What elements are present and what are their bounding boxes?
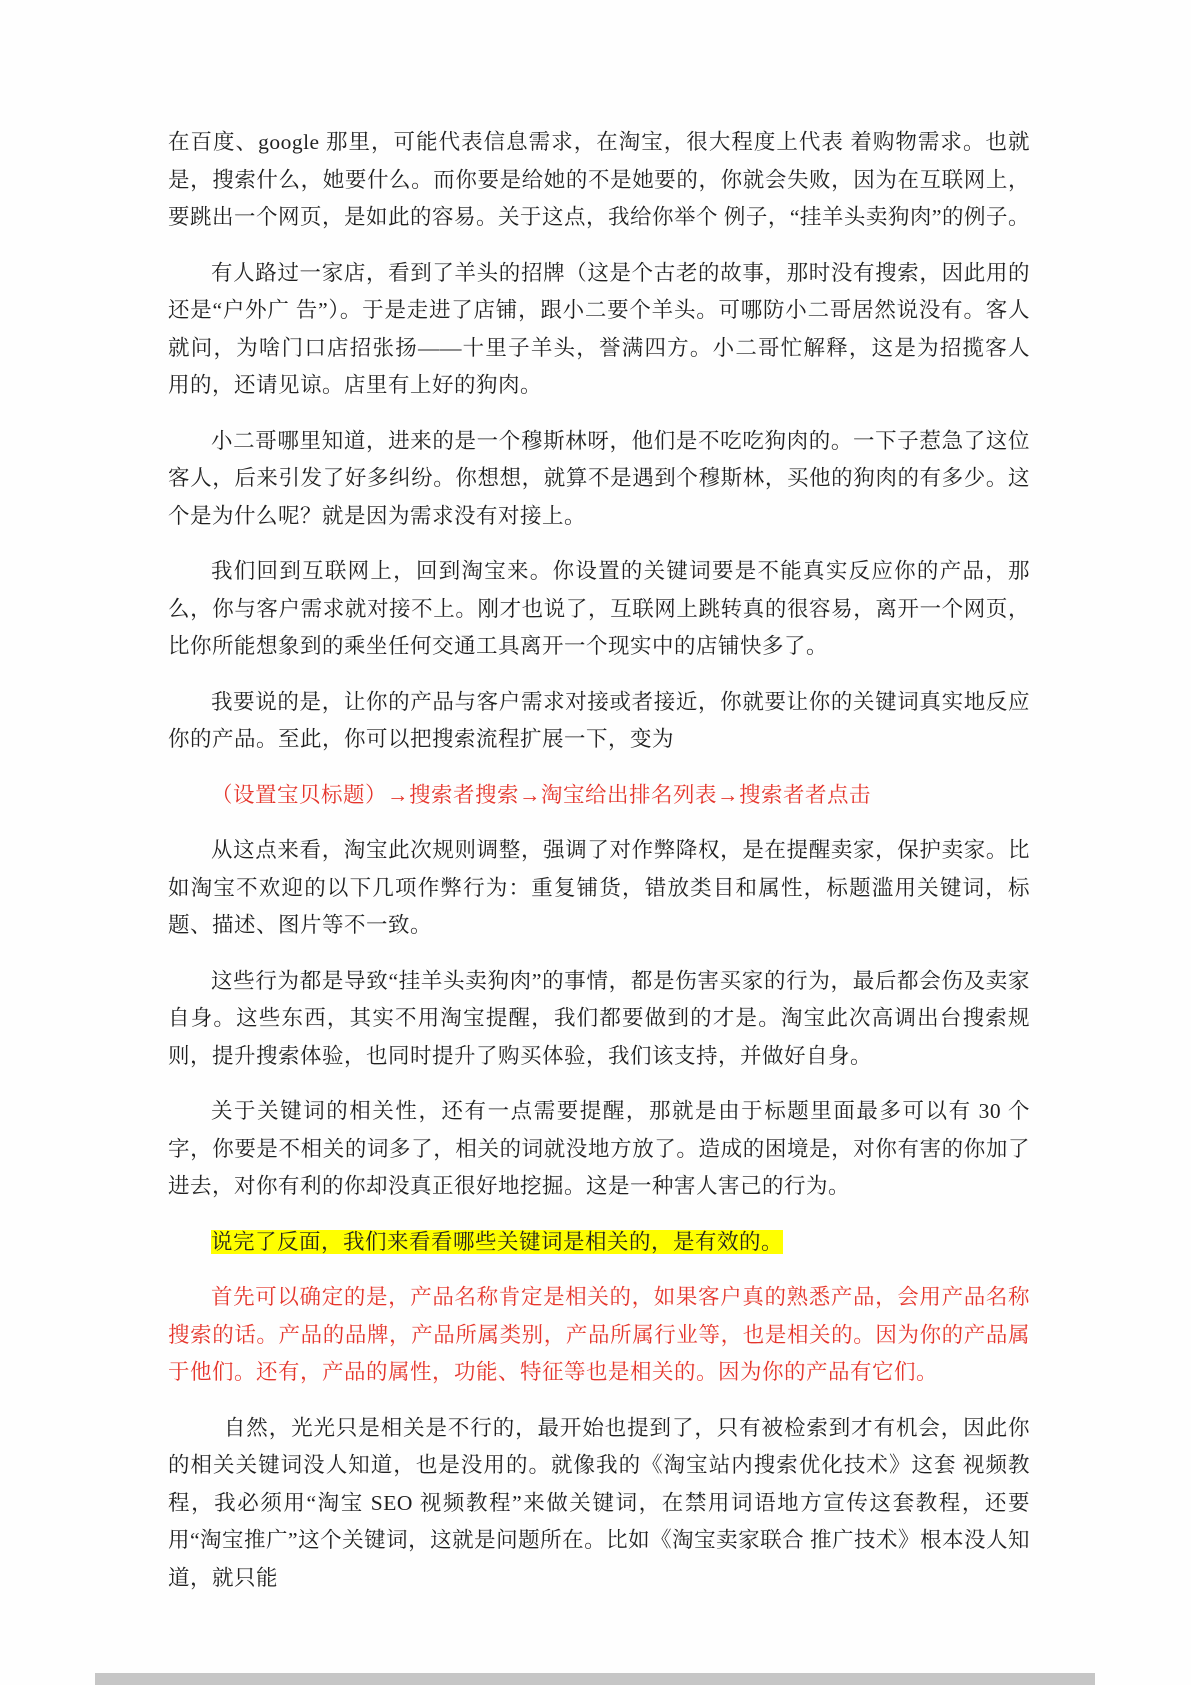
paragraph: 首先可以确定的是，产品名称肯定是相关的，如果客户真的熟悉产品，会用产品名称搜索的… [168, 1279, 1030, 1392]
paragraph-text: 我要说的是，让你的产品与客户需求对接或者接近，你就要让你的关键词真实地反应你的产… [168, 690, 1030, 752]
paragraph: 自然，光光只是相关是不行的，最开始也提到了，只有被检索到才有机会，因此你的相关关… [168, 1410, 1030, 1598]
paragraph-text: 说完了反面，我们来看看哪些关键词是相关的，是有效的。 [211, 1230, 783, 1254]
paragraph-text: 首先可以确定的是，产品名称肯定是相关的，如果客户真的熟悉产品，会用产品名称搜索的… [168, 1285, 1030, 1384]
paragraph-text: 自然，光光只是相关是不行的，最开始也提到了，只有被检索到才有机会，因此你的相关关… [168, 1416, 1030, 1590]
paragraph-text: 从这点来看，淘宝此次规则调整，强调了对作弊降权，是在提醒卖家，保护卖家。比如淘宝… [168, 838, 1030, 937]
paragraph-text: （设置宝贝标题）→搜索者搜索→淘宝给出排名列表→搜索者者点击 [211, 783, 871, 807]
paragraph: 在百度、google 那里，可能代表信息需求，在淘宝，很大程度上代表 着购物需求… [168, 124, 1030, 237]
page-break-shadow [95, 1673, 1095, 1685]
paragraph: 说完了反面，我们来看看哪些关键词是相关的，是有效的。 [168, 1224, 1030, 1262]
paragraph: 小二哥哪里知道，进来的是一个穆斯林呀，他们是不吃吃狗肉的。一下子惹急了这位客人，… [168, 423, 1030, 536]
document-body: 在百度、google 那里，可能代表信息需求，在淘宝，很大程度上代表 着购物需求… [168, 124, 1030, 1615]
paragraph-text: 小二哥哪里知道，进来的是一个穆斯林呀，他们是不吃吃狗肉的。一下子惹急了这位客人，… [168, 429, 1030, 528]
paragraph: 有人路过一家店，看到了羊头的招牌（这是个古老的故事，那时没有搜索，因此用的还是“… [168, 255, 1030, 405]
paragraph-text: 关于关键词的相关性，还有一点需要提醒，那就是由于标题里面最多可以有 30 个字，… [168, 1099, 1030, 1198]
paragraph: 从这点来看，淘宝此次规则调整，强调了对作弊降权，是在提醒卖家，保护卖家。比如淘宝… [168, 832, 1030, 945]
paragraph: 关于关键词的相关性，还有一点需要提醒，那就是由于标题里面最多可以有 30 个字，… [168, 1093, 1030, 1206]
paragraph-text: 我们回到互联网上，回到淘宝来。你设置的关键词要是不能真实反应你的产品，那么，你与… [168, 559, 1030, 658]
paragraph: 这些行为都是导致“挂羊头卖狗肉”的事情，都是伤害买家的行为，最后都会伤及卖家自身… [168, 963, 1030, 1076]
paragraph-text: 这些行为都是导致“挂羊头卖狗肉”的事情，都是伤害买家的行为，最后都会伤及卖家自身… [168, 969, 1030, 1068]
paragraph: 我要说的是，让你的产品与客户需求对接或者接近，你就要让你的关键词真实地反应你的产… [168, 684, 1030, 759]
paragraph: （设置宝贝标题）→搜索者搜索→淘宝给出排名列表→搜索者者点击 [168, 777, 1030, 815]
document-page: 在百度、google 那里，可能代表信息需求，在淘宝，很大程度上代表 着购物需求… [0, 0, 1191, 1685]
paragraph-text: 在百度、google 那里，可能代表信息需求，在淘宝，很大程度上代表 着购物需求… [168, 130, 1030, 229]
paragraph: 我们回到互联网上，回到淘宝来。你设置的关键词要是不能真实反应你的产品，那么，你与… [168, 553, 1030, 666]
paragraph-text: 有人路过一家店，看到了羊头的招牌（这是个古老的故事，那时没有搜索，因此用的还是“… [168, 261, 1030, 398]
